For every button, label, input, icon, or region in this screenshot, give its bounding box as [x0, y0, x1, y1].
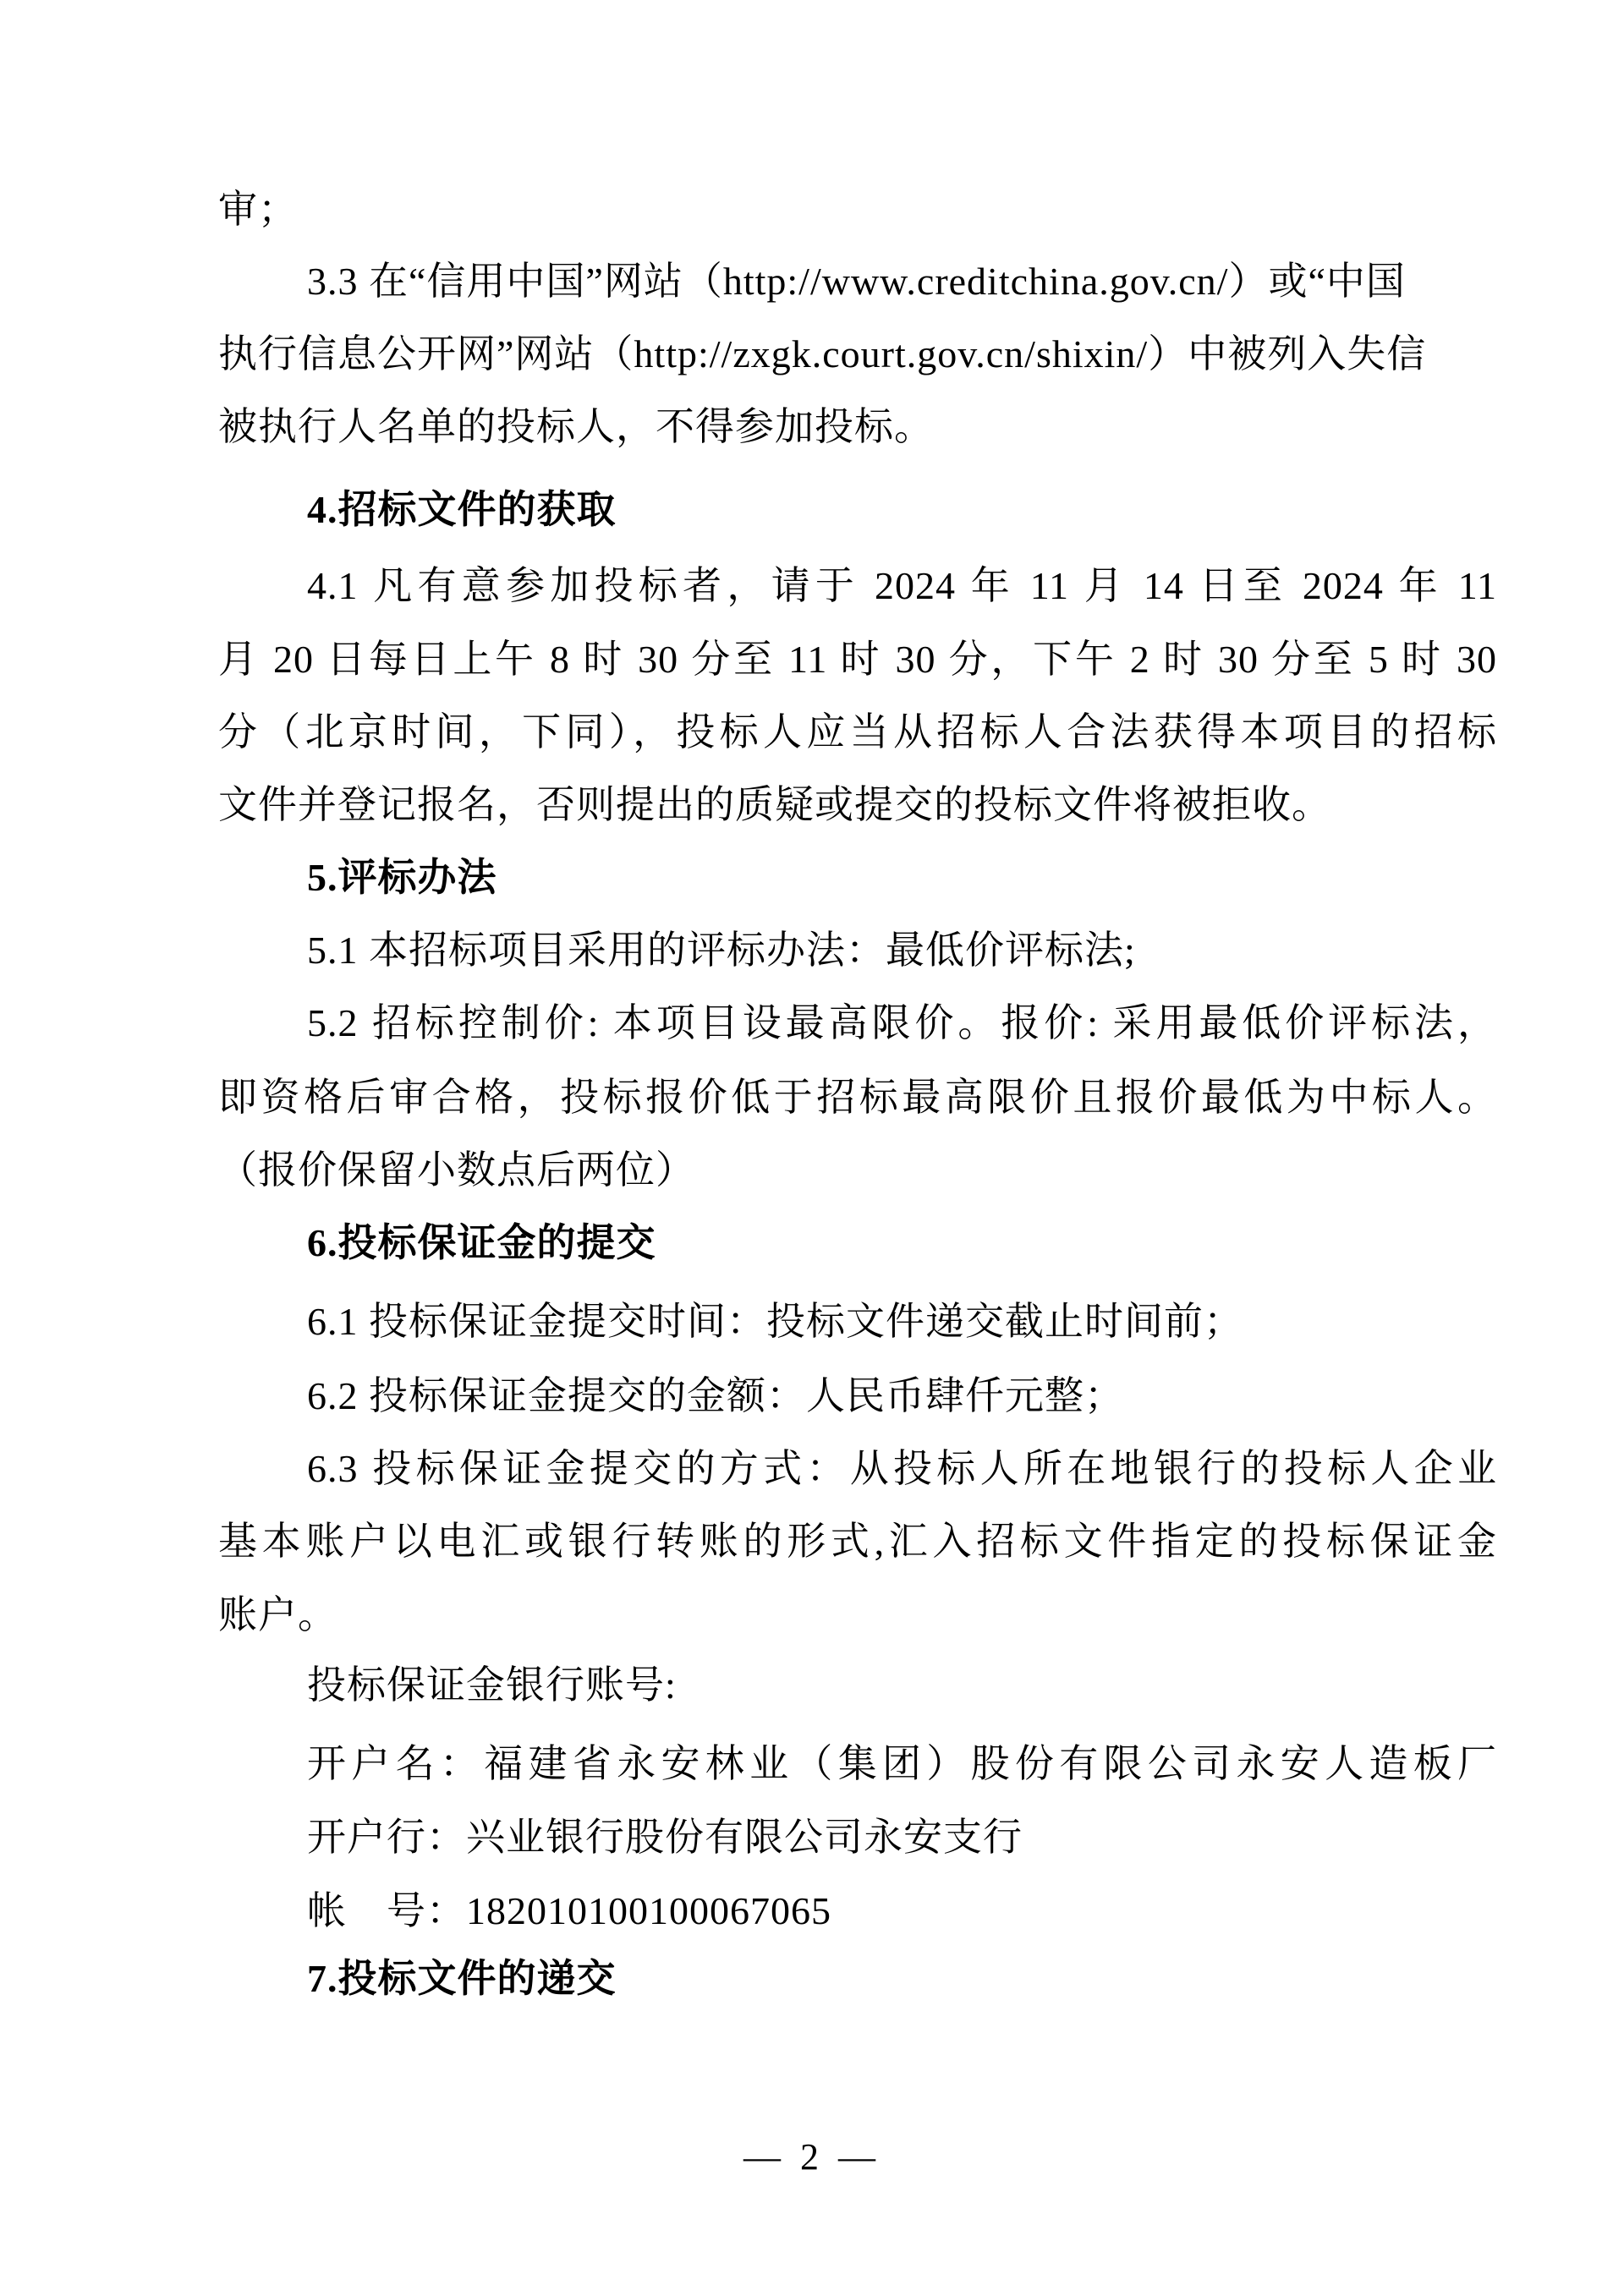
bank-branch: 开户行：兴业银行股份有限公司永安支行: [307, 1813, 1023, 1862]
document-page: 审； 3.3 在“信用中国”网站（http://www.creditchina.…: [0, 0, 1624, 2296]
clause-6-1: 6.1 投标保证金提交时间：投标文件递交截止时间前；: [307, 1297, 1243, 1346]
clause-5-2-line-2: 即资格后审合格，投标报价低于招标最高限价且报价最低为中标人。: [218, 1073, 1497, 1122]
clause-4-1-line-4: 文件并登记报名，否则提出的质疑或提交的投标文件将被拒收。: [218, 781, 1331, 830]
clause-3-3-line-2: 执行信息公开网”网站（http://zxgk.court.gov.cn/shix…: [218, 330, 1426, 379]
clause-3-3-line-3: 被执行人名单的投标人，不得参加投标。: [218, 403, 934, 452]
bank-account-number: 帐 号：182010100100067065: [307, 1887, 831, 1936]
clause-4-1-line-3: 分（北京时间，下同），投标人应当从招标人合法获得本项目的招标: [218, 708, 1497, 757]
clause-5-2-line-1: 5.2 招标控制价: 本项目设最高限价。报价: 采用最低价评标法，: [307, 999, 1497, 1048]
clause-5-2-line-3: （报价保留小数点后两位）: [218, 1146, 695, 1195]
bank-account-intro: 投标保证金银行账号:: [307, 1661, 677, 1710]
section-6-heading: 6.投标保证金的提交: [307, 1219, 656, 1268]
clause-6-3-line-3: 账户。: [218, 1591, 337, 1640]
page-number: — 2 —: [0, 2133, 1624, 2182]
clause-4-1-line-2: 月 20 日每日上午 8 时 30 分至 11 时 30 分，下午 2 时 30…: [218, 635, 1497, 684]
clause-6-3-line-1: 6.3 投标保证金提交的方式：从投标人所在地银行的投标人企业: [307, 1444, 1497, 1493]
clause-6-2: 6.2 投标保证金提交的金额：人民币肆仟元整；: [307, 1372, 1124, 1421]
section-7-heading: 7.投标文件的递交: [307, 1954, 617, 2003]
clause-5-1: 5.1 本招标项目采用的评标办法：最低价评标法;: [307, 926, 1136, 975]
clause-4-1-line-1: 4.1 凡有意参加投标者，请于 2024 年 11 月 14 日至 2024 年…: [307, 562, 1497, 611]
clause-3-3-line-1: 3.3 在“信用中国”网站（http://www.creditchina.gov…: [307, 257, 1406, 306]
bank-account-name: 开户名：福建省永安林业（集团）股份有限公司永安人造板厂: [307, 1740, 1497, 1789]
clause-6-3-line-2: 基本账户以电汇或银行转账的形式,汇入招标文件指定的投标保证金: [218, 1517, 1497, 1566]
section-5-heading: 5.评标办法: [307, 853, 497, 902]
paragraph-continuation-shen: 审；: [218, 185, 298, 234]
section-4-heading: 4.招标文件的获取: [307, 485, 617, 534]
